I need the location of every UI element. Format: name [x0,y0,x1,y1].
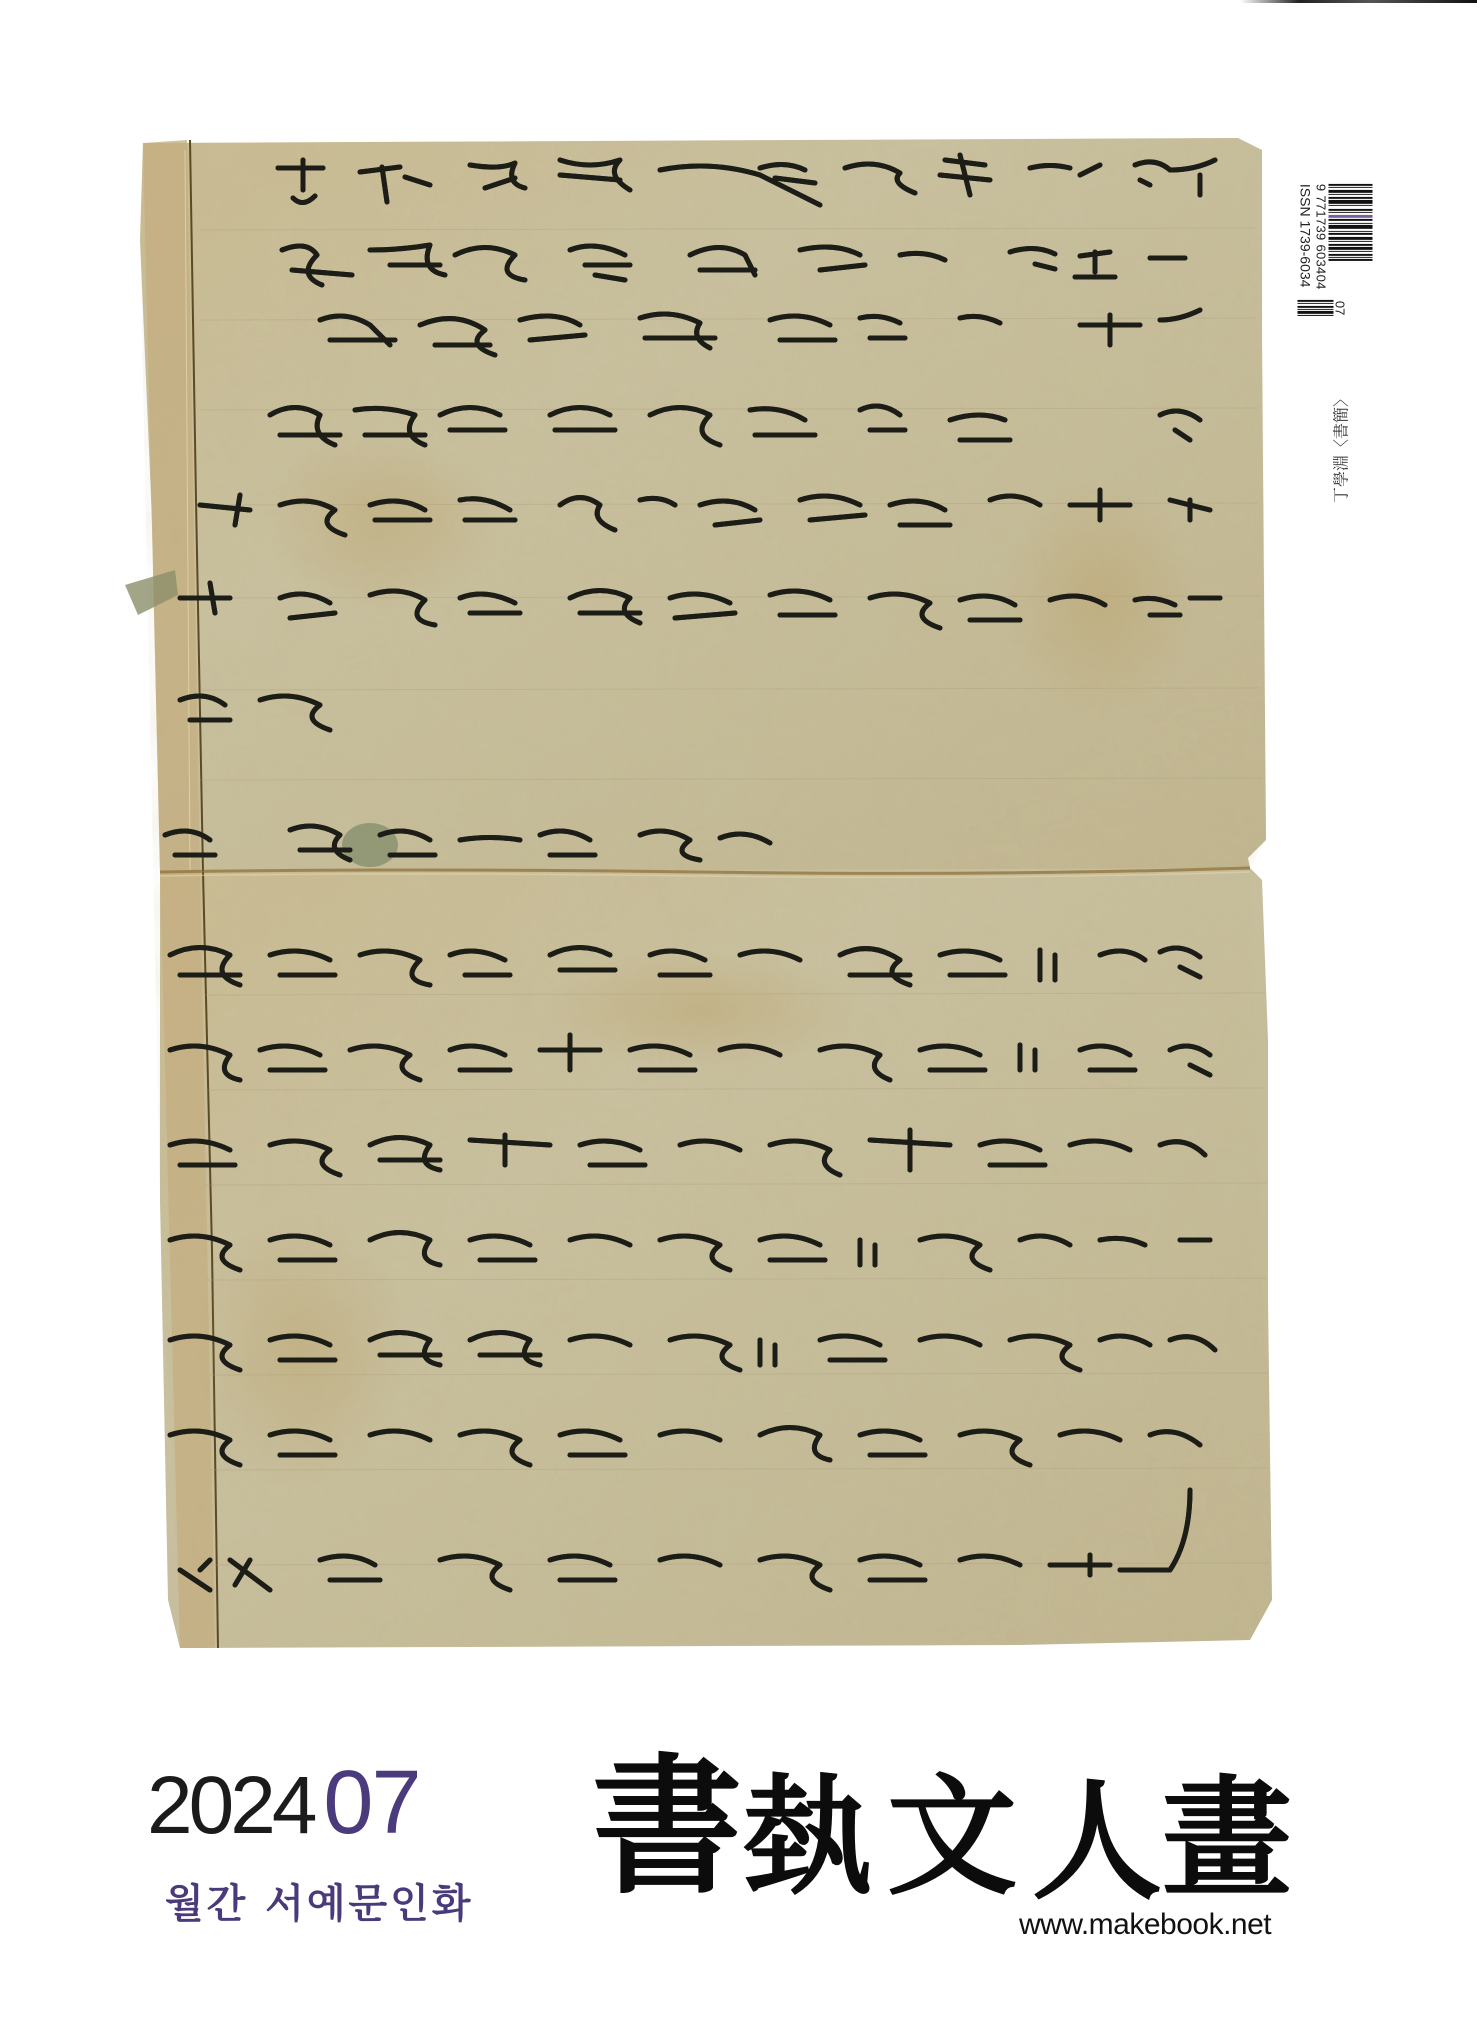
barcode-digits: 9 771739 603404 [1314,184,1328,290]
masthead-char-5: 畫 [1162,1764,1292,1914]
artwork-caption: 丁學淵〈書簡〉 [1325,385,1355,510]
issue-date: 202407 [147,1758,420,1848]
issn-number: ISSN 1739-6034 [1298,184,1314,290]
masthead-logo: 書 埶 文 人 畫 [592,1752,1292,1902]
barcode-icon [1329,184,1373,290]
masthead-char-3: 文 [887,1762,1017,1912]
masthead-char-4: 人 [1032,1767,1162,1917]
magazine-subtitle: 월간 서예문인화 [165,1872,473,1929]
letter-artwork [0,0,1477,1700]
barcode-addon: 07 [1298,300,1347,316]
addon-code: 07 [1334,301,1347,315]
issue-month: 07 [323,1753,419,1853]
website-url[interactable]: www.makebook.net [1019,1908,1271,1942]
masthead-char-2: 埶 [742,1762,872,1912]
artwork-caption-text: 丁學淵〈書簡〉 [1329,391,1352,503]
calligraphy-letter-image [0,0,1477,1700]
barcode-block: 9 771739 603404 ISSN 1739-6034 07 [1300,150,1370,350]
issue-year: 2024 [147,1760,313,1851]
masthead-char-1: 書 [592,1752,742,1902]
